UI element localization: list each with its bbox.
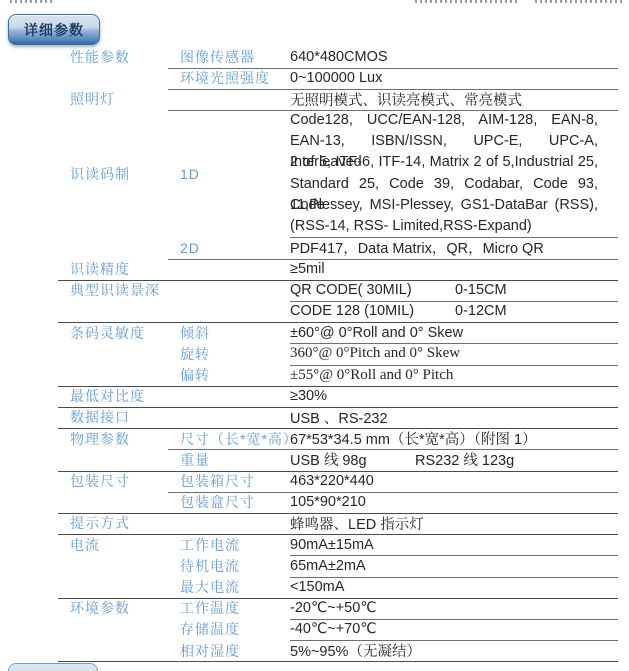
value-line: (RSS-14, RSS- Limited,RSS-Expand) [290, 216, 598, 237]
row-category: 数据接口 [70, 407, 130, 428]
row-value: 无照明模式、识读亮模式、常亮模式 [290, 89, 522, 110]
value-line: Standard 25, Code 39, Codabar, Code 93, … [290, 174, 598, 195]
row-category: 环境参数 [70, 598, 130, 619]
row-value: PDF417，Data Matrix，QR，Micro QR [290, 237, 544, 258]
row-subparam: 待机电流 [180, 555, 240, 576]
row-category: 提示方式 [70, 513, 130, 534]
value-line: 2 of 5, ITF-6, ITF-14, Matrix 2 of 5,Ind… [290, 152, 598, 173]
row-category: 电流 [70, 534, 100, 555]
row-subparam: 最大电流 [180, 577, 240, 598]
row-subparam: 相对湿度 [180, 640, 240, 661]
row-value: CODE 128 (10MIL)0-12CM [290, 301, 414, 322]
row-subparam: 旋转 [180, 343, 210, 364]
row-subparam: 2D [180, 237, 200, 258]
row-category: 识读精度 [70, 259, 130, 280]
row-value: 67*53*34.5 mm（长*宽*高）（附图 1） [290, 428, 537, 449]
row-category: 条码灵敏度 [70, 322, 145, 343]
row-value: <150mA [290, 577, 344, 598]
row-value-multiline: Code128, UCC/EAN-128, AIM-128, EAN-8,EAN… [290, 110, 598, 237]
row-value: ≥5mil [290, 259, 325, 280]
row-subparam: 环境光照强度 [180, 68, 270, 89]
row-value: 640*480CMOS [290, 47, 388, 68]
row-subparam: 尺寸（长*宽*高） [180, 428, 298, 449]
row-category: 照明灯 [70, 89, 115, 110]
row-category: 最低对比度 [70, 386, 145, 407]
row-subparam: 存储温度 [180, 619, 240, 640]
row-value: 5%~95%（无凝结） [290, 640, 421, 661]
row-value: ±55°@ 0°Roll and 0° Pitch [290, 365, 453, 386]
row-subparam: 倾斜 [180, 322, 210, 343]
partial-bottom-button[interactable] [8, 663, 98, 671]
row-value-secondary: 0-15CM [455, 282, 507, 298]
row-value: 105*90*210 [290, 492, 366, 513]
spec-table: 性能参数图像传感器640*480CMOS环境光照强度0~100000 Lux照明… [0, 0, 629, 671]
row-subparam: 重量 [180, 449, 210, 470]
row-value: 360°@ 0°Pitch and 0° Skew [290, 343, 460, 364]
row-subparam: 图像传感器 [180, 47, 255, 68]
row-value: 0~100000 Lux [290, 68, 382, 89]
row-value: ±60°@ 0°Roll and 0° Skew [290, 322, 463, 343]
row-subparam: 偏转 [180, 365, 210, 386]
row-value: 463*220*440 [290, 471, 374, 492]
value-line: Code128, UCC/EAN-128, AIM-128, EAN-8, [290, 110, 598, 131]
row-value-secondary: RS232 线 123g [415, 449, 514, 470]
value-line: EAN-13, ISBN/ISSN, UPC-E, UPC-A, Interle… [290, 131, 598, 152]
row-value: 65mA±2mA [290, 555, 366, 576]
row-category: 识读码制 [70, 110, 130, 237]
value-line: 11,Plessey, MSI-Plessey, GS1-DataBar (RS… [290, 195, 598, 216]
row-value-secondary: 0-12CM [455, 303, 507, 319]
row-category: 物理参数 [70, 428, 130, 449]
row-subparam: 工作温度 [180, 598, 240, 619]
row-separator-line [58, 661, 618, 662]
row-value: -40℃~+70℃ [290, 619, 377, 640]
row-value: QR CODE( 30MIL)0-15CM [290, 280, 412, 301]
row-value: -20℃~+50℃ [290, 598, 377, 619]
row-value: 90mA±15mA [290, 534, 374, 555]
row-category: 包装尺寸 [70, 471, 130, 492]
row-subparam: 工作电流 [180, 534, 240, 555]
row-value: USB 线 98gRS232 线 123g [290, 449, 367, 470]
row-subparam: 包装箱尺寸 [180, 471, 255, 492]
row-value: ≥30% [290, 386, 327, 407]
row-separator-line [168, 449, 618, 450]
row-category: 性能参数 [70, 47, 130, 68]
row-category: 典型识读景深 [70, 280, 160, 301]
row-subparam: 1D [180, 110, 200, 237]
row-value: USB 、RS-232 [290, 407, 388, 428]
row-value: 蜂鸣器、LED 指示灯 [290, 513, 424, 534]
row-separator-line [168, 259, 618, 260]
row-subparam: 包装盒尺寸 [180, 492, 255, 513]
